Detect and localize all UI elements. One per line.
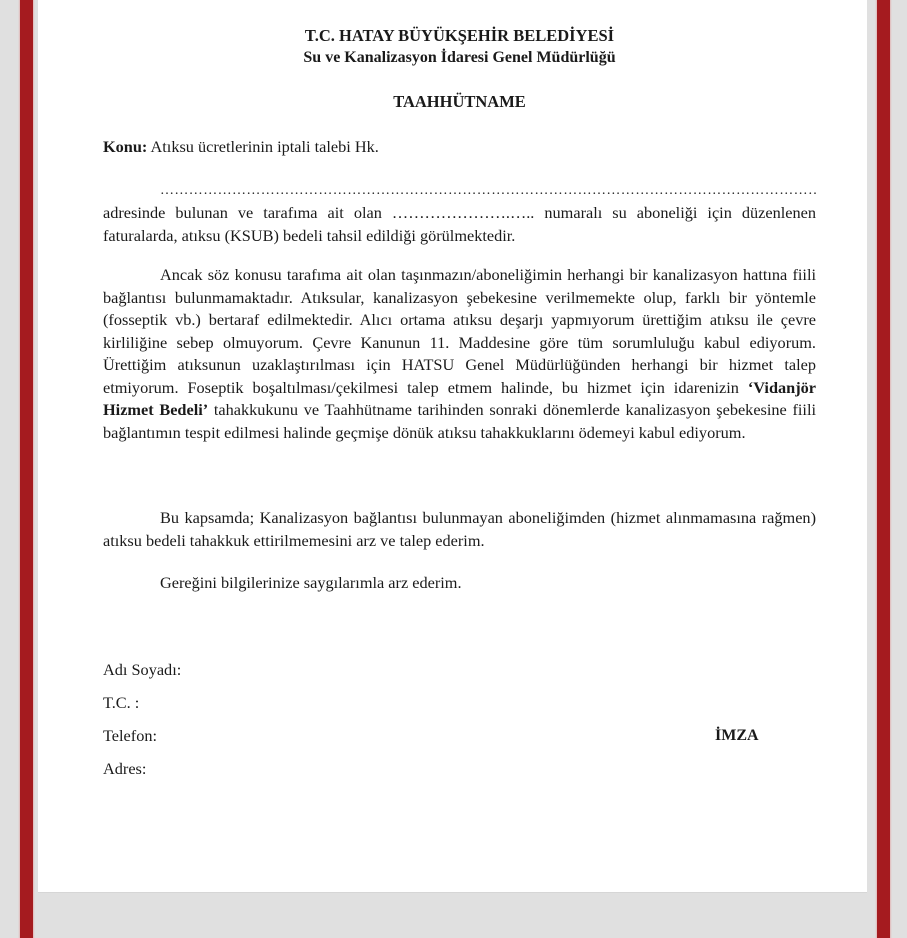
left-red-border <box>20 0 33 938</box>
phone-field: Telefon: <box>103 725 157 748</box>
address-blank-line: …………………………………………………………………………………………………………… <box>160 180 818 203</box>
address-field: Adres: <box>103 758 146 781</box>
main-paragraph-text-1: Ancak söz konusu tarafıma ait olan taşın… <box>103 265 816 397</box>
main-paragraph-text-2: tahakkukunu ve Taahhütname tarihinden so… <box>103 400 816 442</box>
subject-label: Konu: <box>103 137 147 156</box>
closing-paragraph: Gereğini bilgilerinize saygılarımla arz … <box>103 572 816 595</box>
institution-title: T.C. HATAY BÜYÜKŞEHİR BELEDİYESİ <box>103 26 816 46</box>
subject-line: Konu: Atıksu ücretlerinin iptali talebi … <box>103 136 379 159</box>
intro-paragraph: adresinde bulunan ve tarafıma ait olan …… <box>103 202 816 247</box>
signature-label: İMZA <box>715 725 759 748</box>
name-field: Adı Soyadı: <box>103 659 181 682</box>
right-red-border <box>877 0 890 938</box>
tc-id-field-label: T.C. : <box>103 693 139 712</box>
name-field-label: Adı Soyadı: <box>103 660 181 679</box>
department-title: Su ve Kanalizasyon İdaresi Genel Müdürlü… <box>103 48 816 68</box>
document-page: T.C. HATAY BÜYÜKŞEHİR BELEDİYESİ Su ve K… <box>38 0 867 893</box>
main-paragraph: Ancak söz konusu tarafıma ait olan taşın… <box>103 264 816 444</box>
phone-field-label: Telefon: <box>103 726 157 745</box>
address-field-label: Adres: <box>103 759 146 778</box>
subject-text: Atıksu ücretlerinin iptali talebi Hk. <box>147 137 379 156</box>
document-title: TAAHHÜTNAME <box>103 92 816 112</box>
request-paragraph: Bu kapsamda; Kanalizasyon bağlantısı bul… <box>103 507 816 552</box>
tc-id-field: T.C. : <box>103 692 139 715</box>
